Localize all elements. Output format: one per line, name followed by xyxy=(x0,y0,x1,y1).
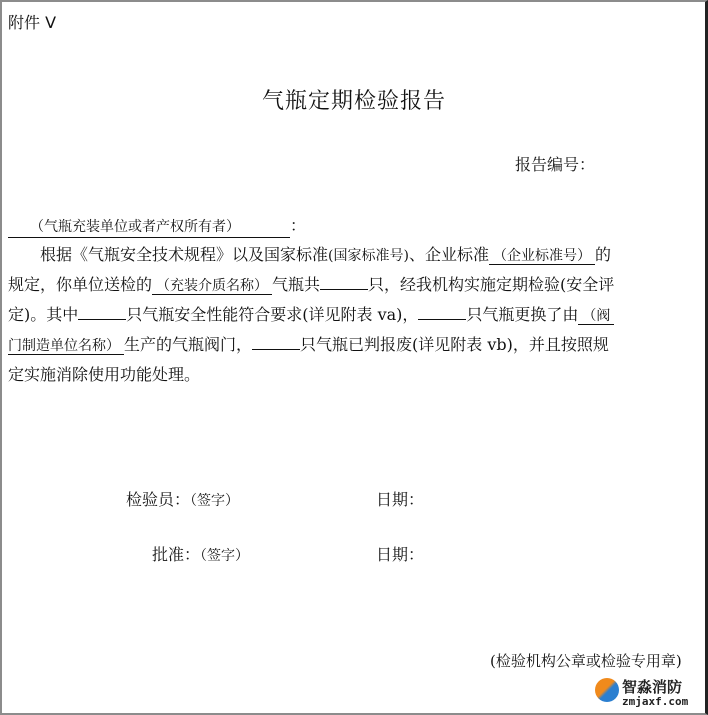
watermark-logo-icon xyxy=(595,678,619,702)
inspector-signature: 检验员：（签字） xyxy=(126,487,239,510)
text: 根据《气瓶安全技术规程》以及国家标准 xyxy=(40,245,328,264)
text: 只气瓶安全性能符合要求(详见附表 va)， xyxy=(126,305,418,324)
qualified-count-blank xyxy=(78,301,126,320)
text: 只，经我机构实施定期检验(安全评 xyxy=(368,275,614,294)
addressee-placeholder: （气瓶充装单位或者产权所有者） xyxy=(8,217,290,238)
inspector-label: 检验员： xyxy=(126,490,190,509)
text: 只气瓶已判报废(详见附表 vb)，并且按照规 xyxy=(300,335,609,354)
report-number-label: 报告编号： xyxy=(515,152,595,175)
enterprise-standard-placeholder: （企业标准号） xyxy=(489,248,595,265)
inspector-sign-placeholder: （签字） xyxy=(190,493,239,509)
text: 气瓶共 xyxy=(272,275,320,294)
text: 的 xyxy=(595,245,611,264)
watermark-url: zmjaxf.com xyxy=(622,695,688,708)
annex-label: 附件 V xyxy=(8,10,56,33)
text: 规定，你单位送检的 xyxy=(8,275,152,294)
text: 只气瓶更换了由 xyxy=(466,305,578,324)
text: 定实施消除使用功能处理。 xyxy=(8,365,200,384)
inspector-date: 日期： xyxy=(376,487,424,510)
text: 生产的气瓶阀门， xyxy=(124,335,252,354)
body-paragraph: 根据《气瓶安全技术规程》以及国家标准(国家标准号)、企业标准（企业标准号）的 规… xyxy=(8,240,700,390)
document-title: 气瓶定期检验报告 xyxy=(0,84,708,115)
approver-date: 日期： xyxy=(376,542,424,565)
national-standard-placeholder: (国家标准号) xyxy=(328,248,409,264)
total-count-blank xyxy=(320,271,368,290)
body-line-4: 门制造单位名称）生产的气瓶阀门，只气瓶已判报废(详见附表 vb)，并且按照规 xyxy=(8,330,700,360)
body-line-2: 规定，你单位送检的（充装介质名称）气瓶共只，经我机构实施定期检验(安全评 xyxy=(8,270,700,300)
watermark-name: 智淼消防 xyxy=(622,676,682,697)
addressee-colon: ： xyxy=(290,216,306,235)
approver-label: 批准： xyxy=(152,545,200,564)
watermark: 智淼消防 zmjaxf.com xyxy=(595,674,705,712)
body-line-1: 根据《气瓶安全技术规程》以及国家标准(国家标准号)、企业标准（企业标准号）的 xyxy=(8,240,700,270)
addressee-line: （气瓶充装单位或者产权所有者）： xyxy=(8,213,306,238)
filling-medium-placeholder: （充装介质名称） xyxy=(152,278,272,295)
scrapped-count-blank xyxy=(252,331,300,350)
seal-note: (检验机构公章或检验专用章) xyxy=(490,650,682,671)
valve-replaced-count-blank xyxy=(418,301,466,320)
valve-manufacturer-placeholder-end: 门制造单位名称） xyxy=(8,338,124,355)
approver-signature: 批准：（签字） xyxy=(152,542,249,565)
approver-sign-placeholder: （签字） xyxy=(200,548,249,564)
body-line-3: 定)。其中只气瓶安全性能符合要求(详见附表 va)，只气瓶更换了由（阀 xyxy=(8,300,700,330)
text: 、企业标准 xyxy=(409,245,489,264)
valve-manufacturer-placeholder-start: （阀 xyxy=(578,308,614,325)
body-line-5: 定实施消除使用功能处理。 xyxy=(8,360,700,390)
text: 定)。其中 xyxy=(8,305,78,324)
